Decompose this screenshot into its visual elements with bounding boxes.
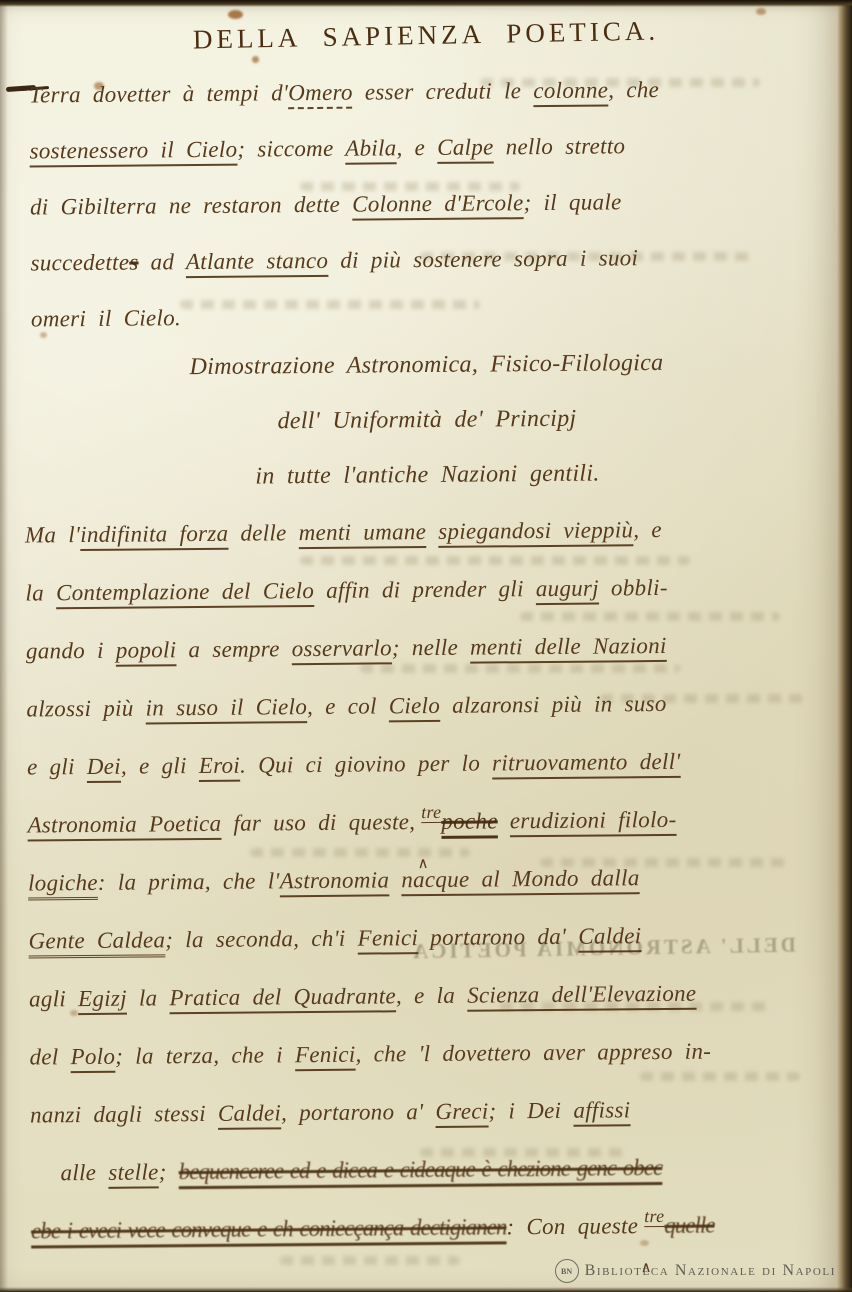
library-watermark: BN Biblioteca Nazionale di Napoli [555,1259,836,1283]
text-segment: . Qui ci giovino per lo [240,750,492,777]
underlined-text: Fenici [295,1042,356,1068]
book-edge-top [0,0,852,7]
manuscript-line: Gente Caldea; la seconda, ch'i Fenici po… [28,905,834,970]
text-segment: Dimostrazione Astronomica, Fisico-Filolo… [189,350,663,380]
foxing-spot [252,56,259,63]
text-segment: di più sostenere sopra i suoi [328,245,638,273]
underlined-text: Abila [345,135,397,160]
underlined-text: Dei [87,754,121,779]
struck-out-text: quelle [664,1213,714,1238]
text-segment: alzaronsi più in suso [440,691,667,718]
text-segment: agli [29,986,78,1011]
text-segment: , e col [307,693,389,719]
manuscript-line: la Contemplazione del Cielo affin di pre… [25,557,831,622]
struck-out-text: bequenceree ed e dicea e cideaque è chez… [179,1155,663,1184]
text-segment: ; il quale [523,189,621,215]
underlined-text: augurj [536,576,599,602]
text-segment: del [29,1044,70,1069]
page-edge-left [0,0,8,1292]
text-segment: ad [138,249,186,274]
book-edge-bottom [0,1287,852,1292]
underlined-text: Gente Caldea [28,927,165,953]
text-segment: far uso di queste, [221,809,415,836]
text-segment: , che [608,77,659,102]
underlined-text: menti umane [299,519,427,545]
underlined-text: ritruovamento dell' [492,749,681,776]
text-segment: alzossi più [26,695,145,721]
underlined-text: menti delle Nazioni [470,633,667,660]
underlined-text: erudizioni filolo- [510,807,677,833]
text-segment: nanzi dagli stessi [30,1101,218,1128]
text-segment: Ma l' [25,522,80,547]
text-segment: , e [633,517,662,542]
text-segment: ; la terza, che i [115,1042,295,1069]
library-watermark-label: Biblioteca Nazionale di Napoli [585,1262,836,1280]
text-segment [426,519,438,544]
underlined-text: Egizj [78,986,127,1011]
underlined-text: Contemplazione del Cielo [56,578,314,605]
text-segment: gando i [26,638,116,664]
underlined-text: Cielo [389,693,441,718]
manuscript-line: sostenessero il Cielo; siccome Abila, e … [29,117,829,180]
text-segment: in tutte l'antiche Nazioni gentili. [255,460,599,489]
text-segment: esser creduti le [353,78,534,105]
manuscript-line: alzossi più in suso il Cielo, e col Ciel… [26,673,832,738]
text-segment: alle [60,1160,108,1185]
manuscript-line: in tutte l'antiche Nazioni gentili. [30,445,824,507]
text-segment: , che 'l dovettero aver appreso in- [355,1039,711,1067]
text-segment: e gli [27,754,87,780]
foxing-spot [228,10,243,19]
underlined-text: popoli [116,637,177,663]
manuscript-line: nanzi dagli stessi Caldei, portarono a' … [30,1079,836,1144]
text-segment: succedette [30,250,129,276]
text-segment: portarono da' [418,924,578,950]
text-segment [389,867,401,892]
text-segment: , e gli [121,753,199,779]
text-segment: ; [159,1159,179,1184]
manuscript-line: di Gibilterra ne restaron dette Colonne … [30,173,830,236]
manuscript-line: del Polo; la terza, che i Fenici, che 'l… [29,1021,835,1086]
underlined-text: Calpe [437,134,494,159]
underlined-text: Astronomia [280,867,390,893]
text-segment: , portarono a' [281,1099,436,1125]
text-segment: dell' Uniformità de' Principj [277,406,576,435]
underlined-text: stelle [108,1159,159,1184]
page-title: DELLA SAPIENZA POETICA. [0,12,852,59]
underlined-text: Polo [70,1044,115,1069]
underlined-text: in suso il Cielo [146,694,308,720]
manuscript-line: ebe i eveci vece conveque e ch coniecçan… [31,1195,837,1260]
underlined-text: Eroi [199,753,240,778]
text-segment: ; la seconda, ch'i [165,926,358,953]
text-segment: , e [396,135,437,160]
underlined-text: nacque al Mondo dalla [401,865,640,892]
section-heading-dimostrazione: Dimostrazione Astronomica, Fisico-Filolo… [29,335,824,507]
underlined-text: spiegandosi vieppiù [438,517,633,544]
manuscript-line: agli Egizj la Pratica del Quadrante, e l… [29,963,835,1028]
text-segment: affin di prender gli [314,576,536,603]
manuscript-line: Astronomia Poetica far uso di queste,∧tr… [27,789,833,854]
underlined-text: indifinita forza [80,521,228,547]
text-segment: di Gibilterra ne restaron dette [30,192,352,220]
text-segment: delle [228,520,299,546]
underlined-text: logiche [28,870,98,896]
caret-mark-icon: ∧ [417,835,429,893]
manuscript-line: alle stelle; bequenceree ed e dicea e ci… [30,1137,836,1202]
underlined-text: Omero [288,80,353,106]
manuscript-line: Ma l'indifinita forza delle menti umane … [25,499,831,564]
underlined-text: osservarlo [292,635,392,661]
text-segment: Terra dovetter à tempi d' [29,80,288,107]
underlined-text: Scienza dell'Elevazione [467,981,696,1008]
underlined-text: Fenici [358,925,419,951]
text-segment: ; nelle [392,635,470,661]
text-segment [498,808,510,833]
text-segment: , e la [396,983,467,1009]
inserted-word: tre [644,1207,664,1225]
library-monogram-icon: BN [555,1259,579,1283]
struck-out-text: ebe i eveci vece conveque e ch coniecçan… [31,1214,507,1243]
inserted-word: tre [421,803,441,821]
manuscript-line: Terra dovetter à tempi d'Omero esser cre… [29,61,829,124]
text-segment: omeri il Cielo. [31,305,181,331]
text-segment: a sempre [176,636,292,662]
underlined-text: Caldei [578,923,641,949]
underlined-text: sostenessero il Cielo [29,137,237,164]
underlined-text: Pratica del Quadrante [169,983,396,1010]
text-segment: la [25,580,56,605]
paragraph-atlante: Terra dovetter à tempi d'Omero esser cre… [29,61,831,348]
text-segment: obbli- [599,575,668,601]
struck-out-text: poche [441,808,498,833]
text-segment: ; siccome [237,136,345,162]
underlined-text: affissi [573,1097,630,1122]
manuscript-line: dell' Uniformità de' Principj [30,390,824,452]
manuscript-line: e gli Dei, e gli Eroi. Qui ci giovino pe… [27,731,833,796]
underlined-text: Astronomia Poetica [27,811,221,838]
manuscript-page: DELL' ASTRONOMIA POETICA DELLA SAPIENZA … [0,0,852,1292]
text-segment: nello stretto [494,133,626,159]
text-segment: : Con queste [506,1213,638,1239]
text-segment: : la prima, che l' [98,868,280,895]
manuscript-line: succedettes ad Atlante stanco di più sos… [30,229,830,292]
underlined-text: Atlante stanco [186,248,329,274]
struck-out-text: s [129,250,138,275]
manuscript-line: logiche: la prima, che l'Astronomia nacq… [28,847,834,912]
underlined-text: colonne [533,77,608,103]
text-segment: la [127,985,170,1010]
manuscript-line: Dimostrazione Astronomica, Fisico-Filolo… [29,335,823,397]
manuscript-line: gando i popoli a sempre osservarlo; nell… [26,615,832,680]
underlined-text: Colonne d'Ercole [352,190,524,216]
text-segment: ; i Dei [488,1098,573,1124]
paragraph-astronomia-poetica: Ma l'indifinita forza delle menti umane … [25,499,838,1260]
book-edge-right [837,0,852,1292]
underlined-text: Caldei [218,1100,281,1126]
underlined-text: Greci [435,1099,488,1124]
